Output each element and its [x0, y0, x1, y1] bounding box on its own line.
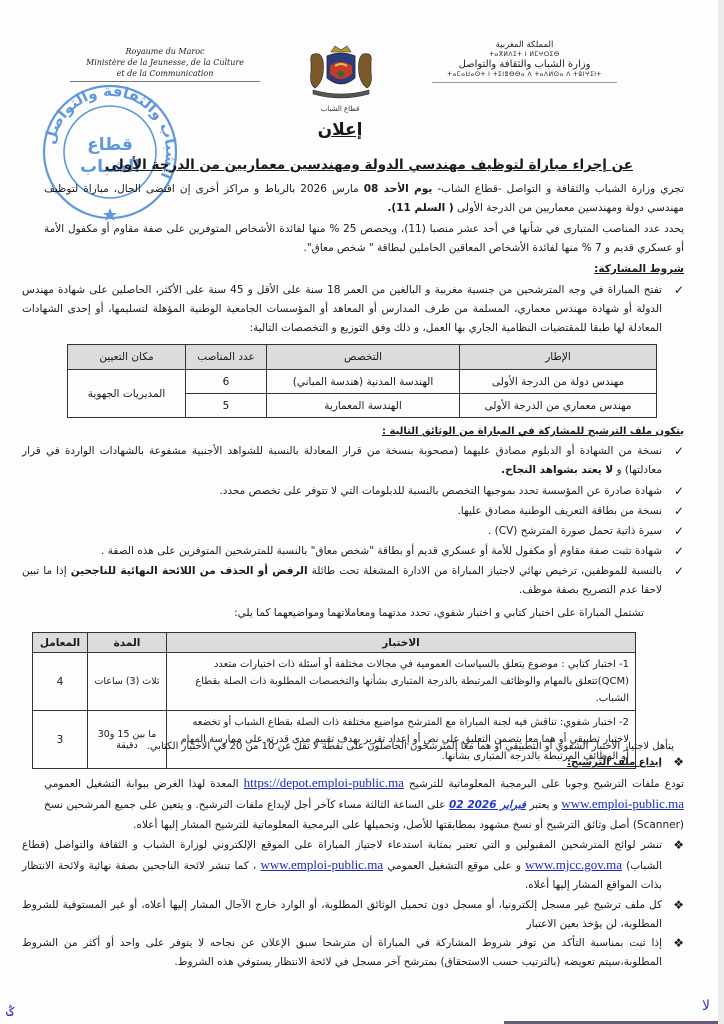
moroccan-coat-of-arms-icon — [305, 44, 377, 102]
intro-paragraph-2: يحدد عدد المناصب المتبارى في شأنها في أح… — [44, 220, 684, 258]
emploi-public-link[interactable]: www.emploi-public.ma — [561, 796, 684, 811]
document-item: ✓ سيرة ذاتية تحمل صورة المترشح (CV) . — [22, 522, 684, 541]
notice-item: ❖ كل ملف ترشيح غير مسجل إلكترونيا، أو مس… — [22, 896, 684, 934]
header-ar-ministry: وزارة الشباب والثقافة والتواصل — [432, 60, 617, 70]
positions-table: الإطار التخصص عدد المناصب مكان التعيين م… — [67, 344, 657, 418]
diamond-bullet-icon: ❖ — [673, 934, 684, 953]
notice-item: ❖ إذا ثبت بمناسبة التأكد من توفر شروط ال… — [22, 934, 684, 972]
document-item: ✓ شهادة صادرة عن المؤسسة تحدد بموجبها ال… — [22, 482, 684, 501]
handwritten-deadline: 02 فبراير 2026 — [449, 799, 526, 811]
diamond-bullet-icon: ❖ — [673, 753, 684, 772]
col-header-coefficient: المعامل — [33, 633, 88, 653]
check-icon: ✓ — [674, 482, 684, 501]
check-icon: ✓ — [674, 562, 684, 581]
check-icon: ✓ — [674, 542, 684, 561]
document-item: ✓ نسخة من بطاقة التعريف الوطنية مصادق عل… — [22, 502, 684, 521]
page-subtitle: عن إجراء مباراة لتوظيف مهندسي الدولة ومه… — [100, 157, 638, 173]
location-cell: المديريات الجهوية — [68, 370, 186, 418]
header-ar-rule — [432, 82, 617, 83]
svg-text:قطاع: قطاع — [87, 135, 133, 155]
document-item: ✓ بالنسبة للموظفين، ترخيص نهائي لاجتياز … — [22, 562, 684, 600]
col-header-location: مكان التعيين — [68, 345, 186, 370]
col-header-duration: المدة — [88, 633, 167, 653]
handwritten-initial-right: ﻻ — [702, 998, 710, 1014]
conditions-bullet: ✓ تفتح المباراة في وجه المترشحين من جنسي… — [22, 281, 684, 338]
announcement-page: Royaume du Maroc Ministère de la Jeuness… — [0, 0, 724, 1024]
intro-paragraph-1: تجري وزارة الشباب والثقافة و التواصل -قط… — [44, 180, 684, 218]
emploi-public-link-2[interactable]: www.emploi-public.ma — [260, 857, 383, 872]
header-fr-ministry: Ministère de la Jeunesse, de la Culture — [70, 57, 260, 68]
col-header-grade: الإطار — [460, 345, 657, 370]
check-icon: ✓ — [674, 442, 684, 461]
col-header-count: عدد المناصب — [186, 345, 267, 370]
notice-item: ❖ تنشر لوائح المترشحين المقبولين و التي … — [22, 836, 684, 895]
table-row: 1- اختبار كتابي : موضوع يتعلق بالسياسات … — [33, 653, 636, 711]
header-arabic: المملكة المغربية ⵜⴰⴳⵍⴷⵉⵜ ⵏ ⵍⵎⵖⵔⵉⴱ وزارة … — [432, 40, 617, 83]
deposit-heading: ❖ إيداع ملف الترشيح: — [567, 753, 684, 772]
deposit-paragraph: تودع ملفات الترشيح وجوبا على البرمجية ال… — [44, 773, 684, 835]
header-ar-kingdom: المملكة المغربية — [432, 40, 617, 50]
check-icon: ✓ — [674, 522, 684, 541]
header-french: Royaume du Maroc Ministère de la Jeuness… — [70, 46, 260, 82]
header-fr-ministry-cont: et de la Communication — [70, 68, 260, 79]
document-item: ✓ نسخة من الشهادة أو الدبلوم مصادق عليهم… — [22, 442, 684, 480]
check-icon: ✓ — [674, 281, 684, 300]
page-title: إعلان — [300, 120, 380, 140]
handwritten-initial-left: ݣ — [6, 1004, 14, 1020]
scan-edge — [718, 0, 724, 1024]
exam-intro: تشتمل المباراة على اختبار كتابي و اختبار… — [234, 604, 644, 623]
document-item: ✓ شهادة تثبت صفة مقاوم أو مكفول للأمة أو… — [22, 542, 684, 561]
mjcc-link[interactable]: www.mjcc.gov.ma — [525, 857, 622, 872]
header-fr-rule — [70, 81, 260, 82]
documents-heading: يتكون ملف الترشيح للمشاركة في المباراة م… — [382, 422, 684, 441]
table-row: مهندس دولة من الدرجة الأولى الهندسة المد… — [68, 370, 657, 394]
header-tifinagh-ministry: ⵜⴰⵎⴰⵡⴰⵙⵜ ⵏ ⵜⵉⵏⴻⴱⴱⴰ ⴷ ⵜⴰⴷⵍⵙⴰ ⴷ ⵜⵓⵏⵖⵉⵏⵜ — [432, 70, 617, 80]
emblem-caption: قطاع الشباب — [300, 105, 380, 113]
diamond-bullet-icon: ❖ — [673, 896, 684, 915]
depot-link[interactable]: https://depot.emploi-public.ma — [244, 775, 404, 790]
check-icon: ✓ — [674, 502, 684, 521]
conditions-heading: شروط المشاركة: — [594, 260, 684, 279]
diamond-bullet-icon: ❖ — [673, 836, 684, 855]
col-header-specialty: التخصص — [267, 345, 460, 370]
header-fr-kingdom: Royaume du Maroc — [70, 46, 260, 57]
col-header-exam: الاختبار — [167, 633, 636, 653]
